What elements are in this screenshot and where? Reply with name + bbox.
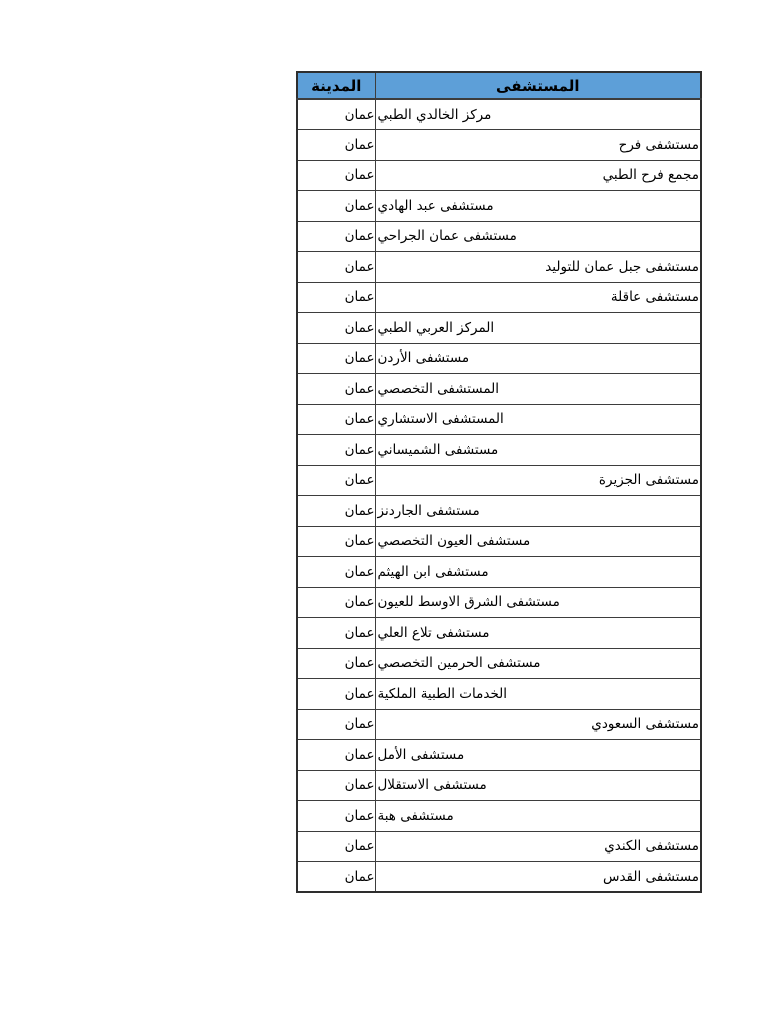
table-row: مركز الخالدي الطبيعمان xyxy=(297,99,701,130)
city-cell: عمان xyxy=(297,496,375,527)
city-cell: عمان xyxy=(297,191,375,222)
city-cell: عمان xyxy=(297,770,375,801)
hospital-cell: مستشفى الحرمين التخصصي xyxy=(375,648,701,679)
table-row: مستشفى الحرمين التخصصيعمان xyxy=(297,648,701,679)
hospital-cell: مستشفى القدس xyxy=(375,862,701,893)
hospital-cell: مستشفى ابن الهيثم xyxy=(375,557,701,588)
table-row: المستشفى التخصصيعمان xyxy=(297,374,701,405)
hospital-cell: مستشفى هبة xyxy=(375,801,701,832)
hospital-cell: مركز الخالدي الطبي xyxy=(375,99,701,130)
hospital-cell: مستشفى السعودي xyxy=(375,709,701,740)
hospital-cell: مستشفى الشرق الاوسط للعيون xyxy=(375,587,701,618)
column-header-hospital: المستشفى xyxy=(375,72,701,99)
hospital-cell: مستشفى الشميساني xyxy=(375,435,701,466)
hospital-cell: مستشفى فرح xyxy=(375,130,701,161)
table-row: مستشفى عمان الجراحيعمان xyxy=(297,221,701,252)
city-cell: عمان xyxy=(297,374,375,405)
city-cell: عمان xyxy=(297,679,375,710)
hospital-cell: مستشفى عبد الهادي xyxy=(375,191,701,222)
table-row: مستشفى الاستقلالعمان xyxy=(297,770,701,801)
table-row: مستشفى الجاردنزعمان xyxy=(297,496,701,527)
hospital-cell: مستشفى الكندي xyxy=(375,831,701,862)
table-row: مستشفى السعوديعمان xyxy=(297,709,701,740)
table-row: مستشفى القدسعمان xyxy=(297,862,701,893)
city-cell: عمان xyxy=(297,343,375,374)
hospital-cell: مستشفى الجزيرة xyxy=(375,465,701,496)
city-cell: عمان xyxy=(297,862,375,893)
table-row: مجمع فرح الطبيعمان xyxy=(297,160,701,191)
city-cell: عمان xyxy=(297,435,375,466)
table-row: مستشفى جبل عمان للتوليدعمان xyxy=(297,252,701,283)
table-row: المركز العربي الطبيعمان xyxy=(297,313,701,344)
hospital-cell: الخدمات الطبية الملكية xyxy=(375,679,701,710)
header-row: المستشفى المدينة xyxy=(297,72,701,99)
hospital-cell: مستشفى تلاع العلي xyxy=(375,618,701,649)
hospital-cell: مستشفى جبل عمان للتوليد xyxy=(375,252,701,283)
hospital-cell: المستشفى التخصصي xyxy=(375,374,701,405)
table-row: مستشفى هبةعمان xyxy=(297,801,701,832)
table-row: مستشفى الأردنعمان xyxy=(297,343,701,374)
city-cell: عمان xyxy=(297,99,375,130)
city-cell: عمان xyxy=(297,130,375,161)
city-cell: عمان xyxy=(297,526,375,557)
city-cell: عمان xyxy=(297,465,375,496)
table-row: مستشفى تلاع العليعمان xyxy=(297,618,701,649)
column-header-city: المدينة xyxy=(297,72,375,99)
city-cell: عمان xyxy=(297,831,375,862)
table-row: مستشفى الكنديعمان xyxy=(297,831,701,862)
hospital-cell: مستشفى الأمل xyxy=(375,740,701,771)
table-row: مستشفى الجزيرةعمان xyxy=(297,465,701,496)
document-page: المستشفى المدينة مركز الخالدي الطبيعمانم… xyxy=(0,0,768,1024)
hospital-cell: مستشفى العيون التخصصي xyxy=(375,526,701,557)
hospital-cell: مستشفى عاقلة xyxy=(375,282,701,313)
hospital-cell: المركز العربي الطبي xyxy=(375,313,701,344)
table-row: مستشفى الشميسانيعمان xyxy=(297,435,701,466)
hospital-cell: مستشفى الاستقلال xyxy=(375,770,701,801)
city-cell: عمان xyxy=(297,404,375,435)
city-cell: عمان xyxy=(297,252,375,283)
city-cell: عمان xyxy=(297,221,375,252)
hospital-cell: المستشفى الاستشاري xyxy=(375,404,701,435)
hospital-cell: مستشفى الجاردنز xyxy=(375,496,701,527)
table-row: مستشفى عاقلةعمان xyxy=(297,282,701,313)
table-row: الخدمات الطبية الملكيةعمان xyxy=(297,679,701,710)
city-cell: عمان xyxy=(297,160,375,191)
hospital-cell: مستشفى الأردن xyxy=(375,343,701,374)
city-cell: عمان xyxy=(297,587,375,618)
hospital-cell: مجمع فرح الطبي xyxy=(375,160,701,191)
city-cell: عمان xyxy=(297,709,375,740)
table-row: مستشفى الأملعمان xyxy=(297,740,701,771)
city-cell: عمان xyxy=(297,282,375,313)
hospital-cell: مستشفى عمان الجراحي xyxy=(375,221,701,252)
city-cell: عمان xyxy=(297,313,375,344)
table-row: المستشفى الاستشاريعمان xyxy=(297,404,701,435)
city-cell: عمان xyxy=(297,740,375,771)
city-cell: عمان xyxy=(297,618,375,649)
table-row: مستشفى ابن الهيثمعمان xyxy=(297,557,701,588)
city-cell: عمان xyxy=(297,557,375,588)
table-row: مستشفى عبد الهاديعمان xyxy=(297,191,701,222)
table-row: مستشفى العيون التخصصيعمان xyxy=(297,526,701,557)
hospitals-table: المستشفى المدينة مركز الخالدي الطبيعمانم… xyxy=(296,71,702,893)
city-cell: عمان xyxy=(297,648,375,679)
table-row: مستشفى فرحعمان xyxy=(297,130,701,161)
table-row: مستشفى الشرق الاوسط للعيونعمان xyxy=(297,587,701,618)
city-cell: عمان xyxy=(297,801,375,832)
